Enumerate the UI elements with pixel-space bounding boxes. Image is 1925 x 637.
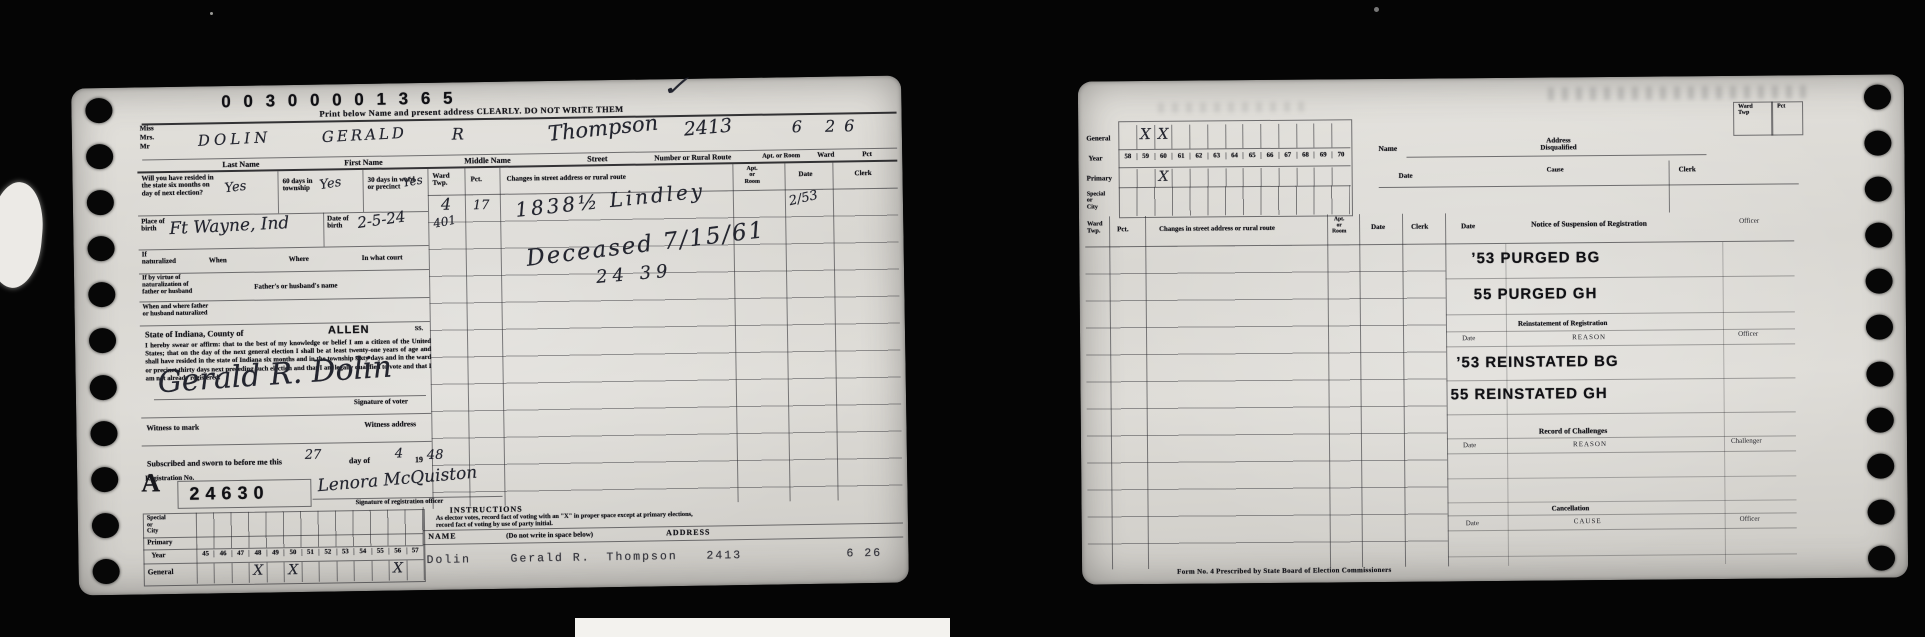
last-name-value: Dolin bbox=[197, 128, 271, 150]
rule bbox=[140, 321, 430, 327]
rule bbox=[1448, 499, 1797, 503]
naturalized-label: If naturalized bbox=[142, 251, 176, 266]
reinstatement-officer-label: Officer bbox=[1738, 331, 1758, 339]
registration-number: 24630 bbox=[189, 482, 269, 504]
grid-special-row bbox=[1120, 185, 1350, 216]
witness-address-label: Witness address bbox=[364, 420, 416, 429]
pct-label: Pct bbox=[862, 151, 872, 158]
grid-primary-label: Primary bbox=[1087, 175, 1112, 183]
grid-mark-cell bbox=[1136, 169, 1154, 187]
punch-holes-right bbox=[1864, 85, 1896, 571]
suspension-date-label: Date bbox=[1461, 223, 1475, 230]
year-cell: 56 bbox=[388, 547, 406, 554]
rule bbox=[1379, 183, 1799, 188]
grid-mark-cell bbox=[1314, 123, 1332, 147]
back-changes-pct-label: Pct. bbox=[1117, 226, 1129, 233]
state-county-label: State of Indiana, County of bbox=[145, 329, 244, 339]
ghost-print-through bbox=[1158, 102, 1308, 113]
back-pct-label: Pct bbox=[1777, 103, 1785, 109]
ward-pct-value: 6 26 bbox=[792, 116, 864, 136]
back-clerk-label: Clerk bbox=[1679, 166, 1696, 173]
punch-hole bbox=[1867, 407, 1894, 432]
rsp-l3: City bbox=[1087, 204, 1098, 210]
vote-row-primary-label: Primary bbox=[147, 539, 172, 547]
grid-mark-cell bbox=[1172, 169, 1190, 187]
grid-mark-cell bbox=[1207, 124, 1225, 148]
punch-hole bbox=[1867, 499, 1894, 524]
sixty-days-label: 60 days in township bbox=[283, 178, 313, 193]
grid-mark-cell bbox=[1314, 167, 1332, 185]
vote-general-marks-row: XXX bbox=[198, 560, 424, 584]
back-changes-clerk-label: Clerk bbox=[1411, 224, 1428, 231]
residence-q3: day of next election? bbox=[142, 188, 203, 197]
grid-mark-cell bbox=[1331, 123, 1349, 147]
typed-ward-pct: 6 26 bbox=[846, 547, 882, 561]
grid-general-marks: XX bbox=[1119, 123, 1349, 149]
witness-mark-label: Witness to mark bbox=[146, 424, 199, 433]
changes-ward-value: 4 bbox=[441, 195, 451, 214]
first-name-label: First Name bbox=[344, 159, 383, 168]
pct-box bbox=[1771, 101, 1803, 135]
vote-mark-cell bbox=[371, 561, 389, 581]
sworn-19-label: 19 bbox=[415, 456, 423, 465]
year-cell: 51 bbox=[301, 549, 319, 556]
year-cell: 66 bbox=[1261, 152, 1279, 159]
punch-holes-left bbox=[85, 98, 121, 584]
grid-year-label: Year bbox=[1088, 155, 1102, 162]
punch-hole bbox=[1865, 177, 1892, 202]
sixty-days-l2: township bbox=[283, 184, 310, 192]
back-table-rows bbox=[1085, 244, 1448, 569]
father-when-label: When and where father or husband natural… bbox=[142, 303, 208, 318]
father-l3: father or husband bbox=[142, 287, 192, 295]
year-cell: 46 bbox=[214, 550, 232, 557]
punch-hole bbox=[86, 144, 113, 169]
checkmark-mark: ✓ bbox=[658, 72, 694, 102]
vote-mark-cell: X bbox=[284, 562, 302, 582]
grid-mark-cell: X bbox=[1154, 169, 1172, 187]
cancellation-title: Cancellation bbox=[1552, 505, 1590, 513]
year-cell: 49 bbox=[266, 549, 284, 556]
bca-l3: Room bbox=[1332, 228, 1346, 234]
naturalized-court-label: In what court bbox=[362, 254, 403, 262]
street-label: Street bbox=[587, 155, 607, 164]
grid-mark-cell bbox=[1189, 124, 1207, 148]
rule bbox=[139, 269, 429, 275]
back-changes-date-label: Date bbox=[1371, 224, 1385, 231]
punch-hole bbox=[89, 328, 116, 353]
rule bbox=[1448, 527, 1797, 531]
grid-mark-cell bbox=[1243, 124, 1261, 148]
punch-hole bbox=[1864, 131, 1891, 156]
rule bbox=[362, 170, 364, 212]
rule bbox=[1447, 475, 1796, 479]
vote-mark-cell bbox=[319, 561, 337, 581]
changes-pct-value: 17 bbox=[473, 198, 490, 213]
rule bbox=[1722, 242, 1726, 564]
place-l2: birth bbox=[141, 225, 156, 233]
year-cell: 54 bbox=[354, 548, 372, 555]
bottom-mid-label: (Do not write in space below) bbox=[506, 531, 593, 540]
section-letter: A bbox=[141, 469, 160, 497]
year-cell: 68 bbox=[1296, 152, 1314, 159]
ca-l1: Apt. bbox=[746, 166, 757, 172]
rule bbox=[1669, 160, 1670, 212]
typed-last-name: Dolin bbox=[426, 553, 471, 567]
changes-apt-label: Apt. or Room bbox=[744, 166, 760, 185]
rule bbox=[1446, 343, 1795, 347]
reinstatement-title: Reinstatement of Registration bbox=[1518, 320, 1607, 328]
sworn-text: Subscribed and sworn to before me this bbox=[147, 458, 282, 469]
grid-mark-cell bbox=[1278, 124, 1296, 148]
vote-mark-cell bbox=[406, 560, 424, 580]
rule bbox=[141, 413, 431, 419]
purged-stamp-2: 55 PURGED GH bbox=[1474, 285, 1598, 303]
changes-date-label: Date bbox=[798, 171, 812, 179]
thirty-days-answer: Yes bbox=[402, 173, 424, 190]
year-cell: 67 bbox=[1278, 152, 1296, 159]
suspension-officer-label: Officer bbox=[1739, 218, 1759, 226]
voter-registration-card-back: General Year Primary Special or City XX … bbox=[1078, 74, 1908, 584]
rule bbox=[139, 245, 429, 251]
ca-l3: Room bbox=[745, 178, 760, 184]
typed-street: Thompson bbox=[606, 550, 677, 564]
punch-hole bbox=[92, 559, 119, 584]
year-cell: 55 bbox=[371, 548, 389, 555]
prefix-mrs-label: Mrs. bbox=[140, 134, 154, 142]
vote-mark-cell bbox=[354, 561, 372, 581]
changes-pct-label: Pct. bbox=[470, 176, 482, 184]
house-number-value: 2413 bbox=[683, 115, 733, 141]
rsp-l2: or bbox=[1087, 198, 1093, 204]
bottom-name-label: NAME bbox=[428, 533, 457, 542]
grid-mark-cell bbox=[1120, 169, 1137, 187]
punch-hole bbox=[88, 282, 115, 307]
sworn-day-of-label: day of bbox=[349, 457, 370, 466]
rule bbox=[1447, 450, 1796, 454]
year-cell: 64 bbox=[1225, 152, 1243, 159]
rule bbox=[1446, 275, 1795, 279]
grid-primary-marks: X bbox=[1120, 167, 1350, 187]
year-cell: 47 bbox=[231, 550, 249, 557]
film-artifact-blob bbox=[0, 180, 47, 290]
punch-hole bbox=[92, 513, 119, 538]
year-cell: 65 bbox=[1243, 152, 1261, 159]
year-cell: 52 bbox=[319, 548, 337, 555]
year-cell: 58 bbox=[1119, 153, 1136, 160]
cw-l2: Twp. bbox=[433, 179, 448, 187]
reinstated-stamp-2: 55 REINSTATED GH bbox=[1450, 385, 1607, 403]
grid-mark-cell bbox=[1261, 168, 1279, 186]
grid-mark-cell bbox=[1278, 168, 1296, 186]
cause-label: Cause bbox=[1547, 167, 1564, 174]
changes-address-label: Changes in street address or rural route bbox=[506, 174, 625, 183]
back-ward-label: Ward Twp bbox=[1738, 104, 1753, 117]
vote-mark-cell bbox=[266, 562, 284, 582]
grid-special-label: Special or City bbox=[1087, 191, 1106, 210]
vote-row-special-label: Special or City bbox=[147, 515, 166, 535]
vote-row-year-label: Year bbox=[151, 552, 165, 560]
cancellation-cause-label: CAUSE bbox=[1574, 518, 1602, 526]
challenges-reason-label: REASON bbox=[1573, 441, 1607, 449]
grid-mark-cell: X bbox=[1136, 125, 1154, 149]
rule bbox=[1446, 311, 1795, 315]
grid-mark-cell bbox=[1119, 125, 1136, 149]
year-cell: 61 bbox=[1172, 153, 1190, 160]
county-stamp: ALLEN bbox=[328, 324, 370, 337]
punch-hole bbox=[1866, 315, 1893, 340]
year-cell: 59 bbox=[1136, 153, 1154, 160]
date-of-birth-label: Date of birth bbox=[327, 215, 349, 230]
typed-number: 2413 bbox=[706, 549, 742, 563]
grid-mark-cell bbox=[1296, 168, 1314, 186]
sworn-day-value: 27 bbox=[305, 448, 322, 463]
purged-stamp-1: ’53 PURGED BG bbox=[1471, 249, 1600, 267]
thirty-days-l2: or precinct bbox=[368, 183, 401, 192]
year-cell: 45 bbox=[197, 550, 214, 557]
ss-label: SS. bbox=[415, 326, 423, 332]
grid-mark-cell bbox=[1260, 124, 1278, 148]
year-cell: 57 bbox=[406, 547, 424, 554]
punch-hole bbox=[1866, 361, 1893, 386]
punch-hole bbox=[1867, 453, 1894, 478]
bcw-l2: Twp. bbox=[1087, 227, 1100, 234]
rule bbox=[277, 171, 279, 213]
year-cell: 69 bbox=[1314, 151, 1332, 158]
father-naturalization-label: If by virtue of naturalization of father… bbox=[142, 275, 192, 296]
rule bbox=[1448, 553, 1797, 557]
reinstatement-reason-label: REASON bbox=[1572, 334, 1606, 342]
vote-mark-cell bbox=[214, 563, 232, 583]
bw-l2: Twp bbox=[1738, 110, 1749, 116]
back-changes-address-label: Changes in street address or rural route bbox=[1159, 225, 1275, 233]
challenges-date-label: Date bbox=[1463, 442, 1476, 449]
punch-hole bbox=[91, 467, 118, 492]
sworn-month-value: 4 bbox=[395, 446, 404, 461]
nat-l2: naturalized bbox=[142, 257, 176, 266]
ca-l2: or bbox=[749, 172, 755, 178]
naturalized-when-label: When bbox=[209, 257, 227, 265]
year-cell: 60 bbox=[1154, 153, 1172, 160]
place-of-birth-label: Place of birth bbox=[141, 218, 165, 233]
year-cell: 62 bbox=[1190, 152, 1208, 159]
grid-mark-cell bbox=[1190, 168, 1208, 186]
vote-mark-cell bbox=[198, 563, 215, 583]
punch-hole bbox=[1868, 545, 1895, 570]
rule bbox=[323, 213, 325, 247]
rule bbox=[1406, 154, 1706, 158]
typed-first-name: Gerald R. bbox=[510, 551, 590, 565]
disqualified-label: Address Disqualified bbox=[1540, 137, 1576, 152]
grid-general-label: General bbox=[1086, 135, 1110, 143]
microfilm-scan: 0 0 3 0 0 0 0 1 3 6 5 Print below Name a… bbox=[0, 0, 1925, 637]
punch-hole bbox=[90, 374, 117, 399]
father-when-l2: or husband naturalized bbox=[143, 309, 208, 317]
form-footer: Form No. 4 Prescribed by State Board of … bbox=[1177, 567, 1392, 576]
year-cell: 63 bbox=[1207, 152, 1225, 159]
vote-mark-cell: X bbox=[389, 560, 407, 580]
grid-mark-cell bbox=[1225, 124, 1243, 148]
punch-hole bbox=[1865, 269, 1892, 294]
place-of-birth-value: Ft Wayne, Ind bbox=[169, 213, 290, 239]
punch-hole bbox=[85, 98, 112, 123]
vote-mark-cell bbox=[301, 562, 319, 582]
vote-row-general-label: General bbox=[148, 568, 174, 576]
ghost-print-through bbox=[1548, 85, 1808, 100]
rule bbox=[1447, 411, 1796, 415]
bottom-address-label: ADDRESS bbox=[666, 529, 710, 538]
disq-l2: Disqualified bbox=[1540, 144, 1576, 152]
back-changes-ward-label: Ward Twp. bbox=[1087, 221, 1103, 234]
back-apt-label: Apt. or Room bbox=[1332, 217, 1346, 235]
punch-hole bbox=[1864, 85, 1891, 110]
grid-mark-cell bbox=[1207, 168, 1225, 186]
vote-mark-cell bbox=[231, 563, 249, 583]
back-date-label: Date bbox=[1399, 173, 1413, 180]
naturalized-where-label: Where bbox=[289, 256, 309, 264]
voter-registration-card-front: 0 0 3 0 0 0 0 1 3 6 5 Print below Name a… bbox=[71, 76, 909, 596]
punch-hole bbox=[87, 236, 114, 261]
first-name-value: Gerald bbox=[321, 124, 407, 146]
cancellation-date-label: Date bbox=[1466, 520, 1479, 527]
middle-name-label: Middle Name bbox=[464, 157, 511, 166]
middle-name-value: R bbox=[452, 124, 464, 143]
prefix-miss-label: Miss bbox=[140, 125, 154, 133]
year-cell: 50 bbox=[284, 549, 302, 556]
dust-speck bbox=[210, 12, 213, 15]
grid-mark-cell bbox=[1225, 168, 1243, 186]
year-cell: 53 bbox=[336, 548, 354, 555]
rule bbox=[423, 537, 903, 546]
residence-answer: Yes bbox=[224, 179, 247, 197]
father-name-label: Father's or husband's name bbox=[254, 282, 337, 291]
grid-mark-cell bbox=[1332, 167, 1350, 185]
grid-mark-cell: X bbox=[1154, 125, 1172, 149]
grid-mark-cell bbox=[1296, 124, 1314, 148]
voter-signature-label: Signature of voter bbox=[354, 398, 408, 406]
changes-clerk-label: Clerk bbox=[854, 170, 871, 178]
back-name-label: Name bbox=[1378, 145, 1397, 153]
vote-mark-cell bbox=[336, 561, 354, 581]
changes-ward-label: Ward Twp. bbox=[432, 173, 449, 188]
challenges-title: Record of Challenges bbox=[1539, 427, 1607, 435]
cancellation-officer-label: Officer bbox=[1740, 516, 1760, 524]
year-cell: 70 bbox=[1332, 151, 1350, 158]
film-artifact-strip bbox=[575, 618, 950, 637]
sp-l3: City bbox=[147, 527, 158, 534]
vote-grid-empty-rows bbox=[197, 509, 424, 549]
vote-mark-cell: X bbox=[249, 563, 267, 583]
grid-mark-cell bbox=[1243, 168, 1261, 186]
punch-hole bbox=[1865, 223, 1892, 248]
prefix-mr-label: Mr bbox=[140, 143, 150, 150]
last-name-label: Last Name bbox=[222, 161, 259, 170]
rule bbox=[1446, 377, 1795, 381]
punch-hole bbox=[90, 421, 117, 446]
suspension-title: Notice of Suspension of Registration bbox=[1531, 220, 1647, 229]
reinstated-stamp-1: ’53 REINSTATED BG bbox=[1456, 353, 1618, 371]
challenges-challenger-label: Challenger bbox=[1731, 438, 1762, 446]
rsp-l1: Special bbox=[1087, 191, 1105, 197]
ward-label: Ward bbox=[817, 152, 834, 160]
registration-officer-label: Signature of registration officer bbox=[356, 499, 444, 507]
rule bbox=[139, 297, 429, 303]
residence-question-label: Will you have resided in the state six m… bbox=[141, 174, 213, 197]
dob-l2: birth bbox=[327, 222, 342, 230]
rule bbox=[142, 441, 432, 447]
sixty-days-answer: Yes bbox=[319, 175, 343, 193]
punch-hole bbox=[87, 190, 114, 215]
reinstatement-date-label: Date bbox=[1462, 335, 1475, 342]
year-cell: 48 bbox=[249, 550, 267, 557]
apt-label: Apt. or Room bbox=[762, 153, 800, 160]
grid-mark-cell bbox=[1171, 125, 1189, 149]
number-label: Number or Rural Route bbox=[654, 153, 731, 162]
